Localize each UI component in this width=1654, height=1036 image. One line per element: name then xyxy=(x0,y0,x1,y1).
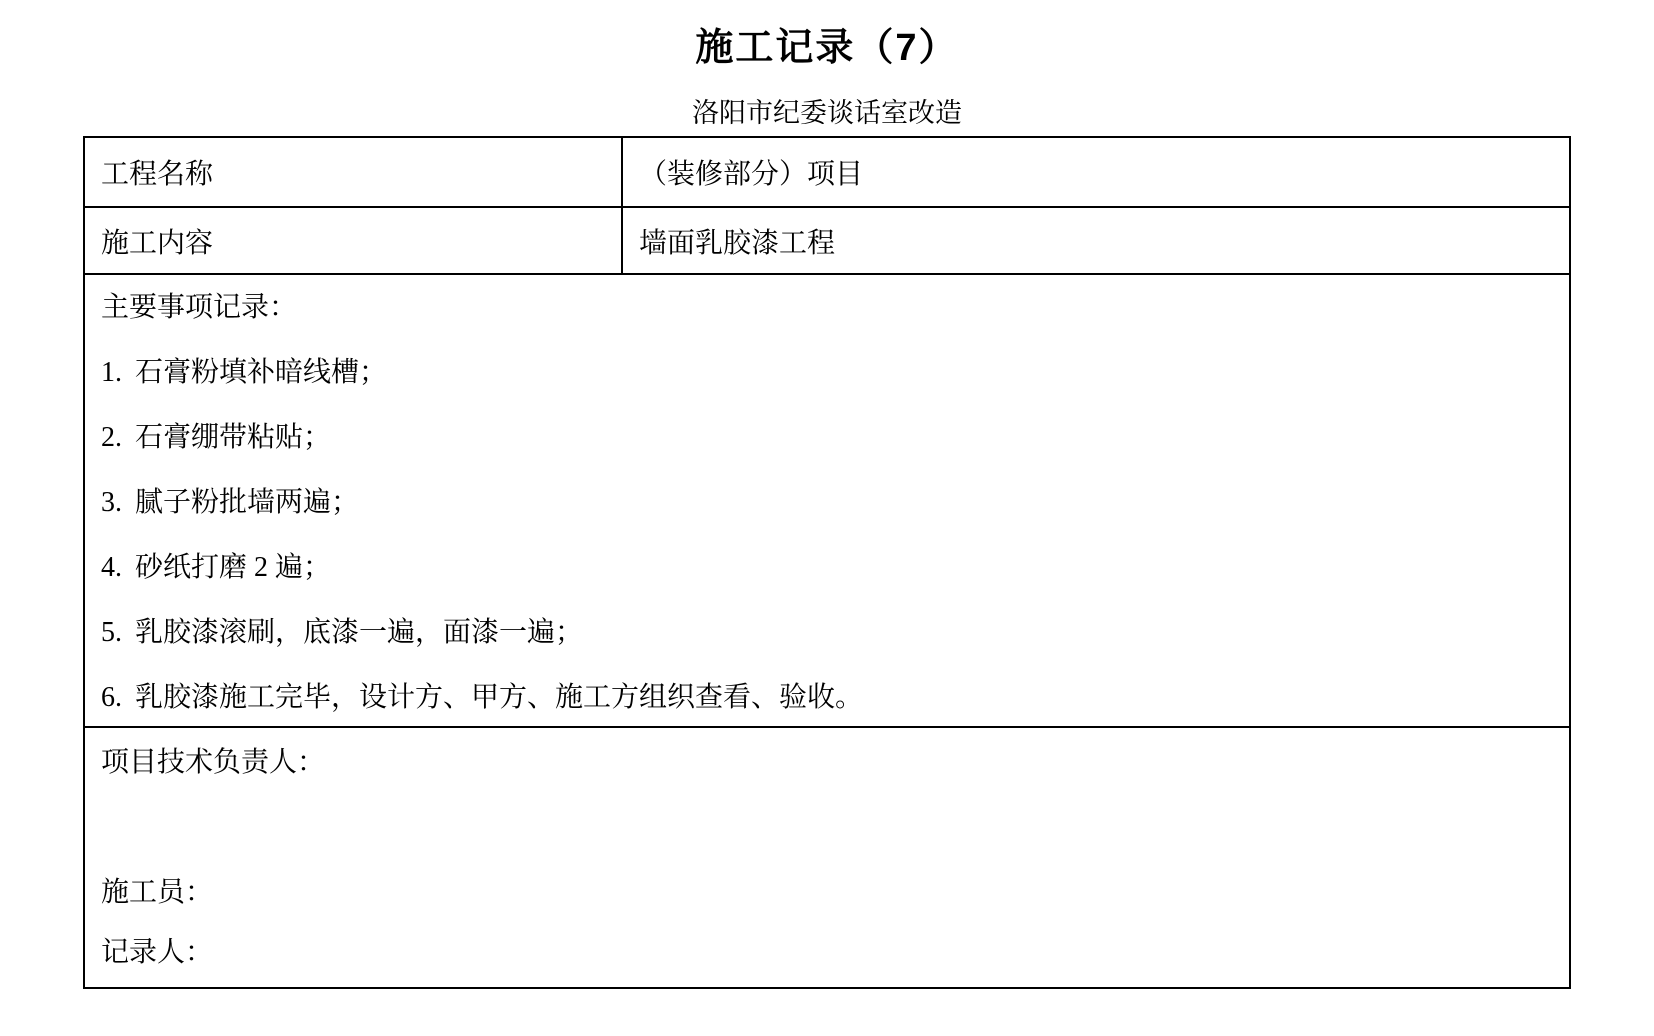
page-title: 施工记录（7） xyxy=(0,26,1654,70)
note-item-2: 2. 石膏绷带粘贴； xyxy=(101,422,1549,454)
construction-content-value: 墙面乳胶漆工程 xyxy=(623,208,1569,273)
record-table: 工程名称 （装修部分）项目 施工内容 墙面乳胶漆工程 主要事项记录： 1. 石膏… xyxy=(83,136,1571,989)
table-row-project-name: 工程名称 （装修部分）项目 xyxy=(85,138,1569,208)
note-number: 1. xyxy=(101,357,135,389)
tech-lead-signature-line: 项目技术负责人： xyxy=(101,748,1569,778)
note-text: 砂纸打磨 2 遍； xyxy=(135,552,1549,584)
note-number: 6. xyxy=(101,682,135,714)
note-number: 2. xyxy=(101,422,135,454)
table-row-main-notes: 主要事项记录： 1. 石膏粉填补暗线槽； 2. 石膏绷带粘贴； 3. 腻子粉批墙… xyxy=(85,275,1569,728)
document-page: 施工记录（7） 洛阳市纪委谈话室改造 工程名称 （装修部分）项目 施工内容 墙面… xyxy=(0,0,1654,1036)
main-notes-cell: 主要事项记录： 1. 石膏粉填补暗线槽； 2. 石膏绷带粘贴； 3. 腻子粉批墙… xyxy=(85,275,1569,714)
notes-heading: 主要事项记录： xyxy=(101,292,1549,324)
note-item-1: 1. 石膏粉填补暗线槽； xyxy=(101,357,1549,389)
note-text: 石膏绷带粘贴； xyxy=(135,422,1549,454)
constructor-signature-line: 施工员： xyxy=(101,878,1569,908)
note-text: 乳胶漆滚刷，底漆一遍，面漆一遍； xyxy=(135,617,1549,649)
note-text: 乳胶漆施工完毕，设计方、甲方、施工方组织查看、验收。 xyxy=(135,682,1549,714)
construction-content-label: 施工内容 xyxy=(85,208,623,273)
note-number: 3. xyxy=(101,487,135,519)
note-text: 石膏粉填补暗线槽； xyxy=(135,357,1549,389)
recorder-signature-line: 记录人： xyxy=(101,938,1569,968)
signature-cell: 项目技术负责人： 施工员： 记录人： xyxy=(85,748,1569,968)
project-name-label: 工程名称 xyxy=(85,138,623,206)
table-row-construction-content: 施工内容 墙面乳胶漆工程 xyxy=(85,208,1569,275)
project-name-value: （装修部分）项目 xyxy=(623,138,1569,206)
note-item-3: 3. 腻子粉批墙两遍； xyxy=(101,487,1549,519)
table-row-signatures: 项目技术负责人： 施工员： 记录人： xyxy=(85,728,1569,987)
note-item-6: 6. 乳胶漆施工完毕，设计方、甲方、施工方组织查看、验收。 xyxy=(101,682,1549,714)
note-item-5: 5. 乳胶漆滚刷，底漆一遍，面漆一遍； xyxy=(101,617,1549,649)
page-subtitle: 洛阳市纪委谈话室改造 xyxy=(0,96,1654,130)
note-item-4: 4. 砂纸打磨 2 遍； xyxy=(101,552,1549,584)
note-text: 腻子粉批墙两遍； xyxy=(135,487,1549,519)
note-number: 4. xyxy=(101,552,135,584)
note-number: 5. xyxy=(101,617,135,649)
